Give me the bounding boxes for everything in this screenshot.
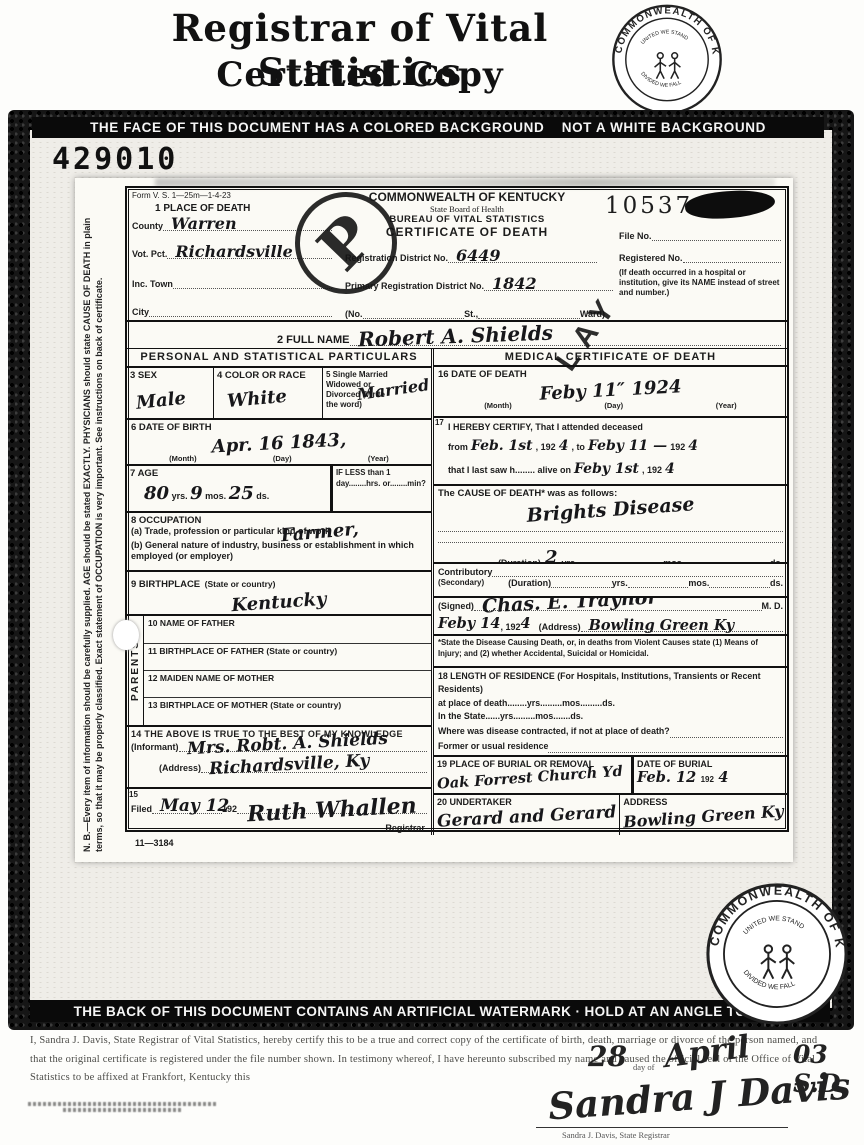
registration-district-line: 6449: [448, 252, 597, 263]
certify-to-label: , to: [571, 442, 585, 452]
duration2-line3: [709, 577, 770, 588]
color-race-value: White: [226, 383, 319, 412]
certificate-paper: N. B.—Every item of information should b…: [75, 178, 793, 862]
certification-day-value: 28: [588, 1040, 627, 1073]
street-no-label: (No.: [345, 309, 363, 319]
kentucky-state-seal-bottom-icon: COMMONWEALTH OF KENTUCKY UNITED WE STAND…: [698, 880, 856, 1028]
document-subtitle: Certified Copy: [160, 55, 560, 95]
age-label: 7 AGE: [130, 468, 327, 479]
field-17-number: 17: [435, 418, 444, 428]
ds-label: ds.: [256, 491, 269, 501]
full-name-value: Robert A. Shields: [357, 321, 553, 352]
physician-address-line: Bowling Green Ky: [581, 621, 783, 632]
certificate-form: Form V. S. 1—25m—1-4-23 1 PLACE OF DEATH…: [125, 186, 789, 832]
certify-192c: , 192: [642, 465, 662, 475]
certify-year2: 4: [685, 438, 701, 454]
burial-date-value: Feb. 12: [637, 769, 696, 786]
field-15-number: 15: [129, 790, 138, 800]
file-no-line: [652, 230, 781, 241]
contracted-label: Where was disease contracted, if not at …: [438, 725, 670, 738]
filed-section: 15 Filed May 12 192 Ruth Whallen Registr…: [127, 789, 431, 835]
age-years-value: 80: [144, 483, 169, 504]
hospital-note: (If death occurred in a hospital or inst…: [619, 268, 781, 298]
signed-date-value: Feby 14: [438, 615, 501, 632]
sex-color-marital-row: 3 SEX Male 4 COLOR OR RACE White 5 Singl…: [127, 368, 431, 420]
informant-label: (Informant): [131, 742, 179, 752]
birthplace-label: 9 BIRTHPLACE: [131, 579, 200, 590]
duration-years-value: 2: [545, 547, 558, 565]
burial-date-label: DATE OF BURIAL: [637, 759, 784, 769]
informant-address-line: Richardsville, Ky: [201, 762, 427, 773]
form-footer-number: 11—3184: [135, 838, 174, 848]
place-of-death-title: 1 PLACE OF DEATH: [155, 203, 250, 214]
parents-section: PARENTS 10 NAME OF FATHER 11 BIRTHPLACE …: [127, 616, 431, 726]
day-of-label: day of: [633, 1062, 654, 1072]
serial-number: 429010: [52, 142, 178, 177]
year-caption: (Year): [368, 454, 389, 463]
contracted-line: [670, 727, 783, 738]
filed-date-value: May 12: [160, 796, 229, 816]
certify-from-label: from: [448, 442, 468, 452]
yrs-label: yrs.: [172, 491, 188, 501]
residence-label: 18 LENGTH OF RESIDENCE (For Hospitals, I…: [438, 670, 783, 696]
if-less-box: IF LESS than 1 day........hrs. or.......…: [331, 466, 431, 510]
burial-year-prefix: 192: [701, 775, 714, 784]
dod-year-caption: (Year): [716, 401, 737, 410]
form-number: Form V. S. 1—25m—1-4-23: [132, 191, 231, 200]
certificate-number-stamp: 10537: [605, 193, 693, 219]
secondary-label: (Secondary): [438, 578, 484, 588]
face-banner: THE FACE OF THIS DOCUMENT HAS A COLORED …: [32, 117, 824, 138]
scanned-death-certificate-page: Registrar of Vital Statistics Certified …: [0, 0, 864, 1145]
primary-registration-value: 1842: [492, 274, 537, 293]
duration-line2: [684, 557, 770, 565]
signed-line: Chas. E. Traynor: [474, 600, 762, 611]
signed-year: 4: [521, 615, 531, 632]
father-birthplace-field: 11 BIRTHPLACE OF FATHER (State or countr…: [144, 644, 431, 671]
medical-title: MEDICAL CERTIFICATE OF DEATH: [434, 349, 787, 367]
signature-line: [536, 1127, 788, 1128]
registrar-caption: Registrar: [385, 823, 425, 833]
age-section: 7 AGE 80 yrs. 9 mos. 25 ds. I: [127, 466, 431, 512]
certify-line1: I HEREBY CERTIFY, That I attended deceas…: [448, 422, 643, 432]
street-label: St.,: [464, 309, 478, 319]
margin-instruction-note: N. B.—Every item of information should b…: [81, 204, 121, 852]
primary-registration-line: 1842: [484, 280, 613, 291]
redaction-mark: [684, 187, 776, 222]
street-line: [478, 308, 580, 319]
certify-alive-value: Feby 1st: [571, 461, 642, 477]
personal-title: PERSONAL AND STATISTICAL PARTICULARS: [127, 349, 431, 368]
duration-label: (Duration): [498, 558, 541, 565]
certify-192b: 192: [670, 442, 685, 452]
undertaker-section: 20 UNDERTAKER Gerard and Gerard ADDRESS …: [434, 795, 787, 835]
illegible-small-print: [28, 1100, 218, 1114]
voting-precinct-value: Richardsville: [175, 242, 292, 261]
inc-town-label: Inc. Town: [132, 279, 173, 289]
sex-value: Male: [135, 385, 211, 414]
hole-punch: [113, 620, 139, 650]
city-line: [149, 306, 332, 317]
certify-section: 17 I HEREBY CERTIFY, That I attended dec…: [434, 418, 787, 485]
mother-maiden-name-field: 12 MAIDEN NAME OF MOTHER: [144, 671, 431, 698]
certify-year3: 4: [662, 461, 678, 477]
cause-of-death-section: The CAUSE OF DEATH* was as follows: Brig…: [434, 486, 787, 565]
informant-line: Mrs. Robt. A. Shields: [179, 741, 427, 752]
date-of-death-section: 16 DATE OF DEATH Feby 11″ 1924 (Month) (…: [434, 367, 787, 418]
city-label: City: [132, 307, 149, 317]
contributory-section: Contributory (Secondary) (Duration) yrs.…: [434, 564, 787, 598]
registrar-signature: Ruth Whallen: [246, 792, 417, 827]
street-no-line: [363, 308, 465, 319]
duration-ds: ds.: [770, 558, 783, 565]
mos-label: mos.: [205, 491, 226, 501]
father-name-field: 10 NAME OF FATHER: [144, 616, 431, 643]
age-months-value: 9: [190, 483, 203, 504]
physician-address-value: Bowling Green Ky: [589, 617, 735, 634]
duration2-ds: ds.: [770, 578, 783, 588]
registered-no-label: Registered No.: [619, 253, 683, 263]
inc-town-line: [173, 278, 332, 289]
certify-from-value: Feb. 1st: [468, 438, 536, 454]
personal-column: PERSONAL AND STATISTICAL PARTICULARS 3 S…: [127, 349, 434, 835]
voting-precinct-label: Vot. Pct.: [132, 249, 167, 259]
informant-section: 14 THE ABOVE IS TRUE TO THE BEST OF MY K…: [127, 727, 431, 789]
contributory-line: [492, 566, 783, 577]
registration-district-value: 6449: [456, 246, 501, 265]
day-caption: (Day): [273, 454, 292, 463]
signature-caption: Sandra J. Davis, State Registrar: [562, 1130, 670, 1140]
cause-footnote: *State the Disease Causing Death, or, in…: [434, 636, 787, 668]
dod-day-caption: (Day): [604, 401, 623, 410]
physician-address-label: (Address): [539, 622, 581, 632]
residence-section: 18 LENGTH OF RESIDENCE (For Hospitals, I…: [434, 668, 787, 756]
certify-year1: 4: [556, 438, 572, 454]
cause-blank-line2: [438, 532, 783, 543]
p-stamp-letter: P: [308, 205, 385, 282]
occupation-section: 8 OCCUPATION (a) Trade, profession or pa…: [127, 513, 431, 572]
county-label: County: [132, 221, 163, 231]
filed-date-line: May 12: [152, 803, 222, 814]
birthplace-section: 9 BIRTHPLACE (State or country) Kentucky: [127, 572, 431, 616]
commonwealth-line: COMMONWEALTH OF KENTUCKY: [342, 190, 592, 204]
signed-section: (Signed) Chas. E. Traynor M. D. Feby 14 …: [434, 598, 787, 637]
duration-line1: [577, 557, 663, 565]
duration2-line2: [628, 577, 689, 588]
full-name-row: 2 FULL NAME Robert A. Shields: [127, 322, 787, 348]
kentucky-state-seal-icon: COMMONWEALTH OF KENTUCKY UNITED WE STAND…: [602, 2, 732, 117]
age-days-value: 25: [229, 483, 254, 504]
form-header: Form V. S. 1—25m—1-4-23 1 PLACE OF DEATH…: [127, 188, 787, 322]
md-label: M. D.: [762, 601, 784, 611]
signed-192: , 192: [500, 622, 520, 632]
certify-192a: , 192: [536, 442, 556, 452]
registered-no-line: [683, 252, 781, 263]
duration2-label: (Duration): [508, 578, 551, 588]
signed-label: (Signed): [438, 601, 474, 611]
burial-year-value: 4: [718, 769, 728, 786]
certify-lastsaw-label: that I last saw h........ alive on: [448, 465, 571, 475]
residence-in-state: In the State......yrs.........mos.......…: [438, 710, 783, 723]
full-name-label: 2 FULL NAME: [277, 334, 350, 346]
duration-yrs: yrs.: [561, 558, 577, 565]
contributory-label: Contributory: [438, 567, 493, 577]
former-residence-label: Former or usual residence: [438, 740, 549, 753]
mother-birthplace-field: 13 BIRTHPLACE OF MOTHER (State or countr…: [144, 698, 431, 724]
occupation-label: 8 OCCUPATION: [131, 515, 427, 526]
form-columns: PERSONAL AND STATISTICAL PARTICULARS 3 S…: [127, 348, 787, 835]
occupation-b-label: (b) General nature of industry, business…: [131, 540, 427, 563]
burial-section: 19 PLACE OF BURIAL OR REMOVAL Oak Forres…: [434, 757, 787, 795]
informant-address-label: (Address): [159, 763, 201, 773]
residence-at-place: at place of death........yrs.........mos…: [438, 697, 783, 710]
certify-to-value: Feby 11 —: [585, 438, 670, 454]
former-residence-line: [548, 742, 783, 753]
duration2-line1: [551, 577, 612, 588]
duration2-mos: mos.: [688, 578, 709, 588]
duration-mos: mos.: [663, 558, 684, 565]
sex-label: 3 SEX: [130, 370, 210, 381]
duration2-yrs: yrs.: [612, 578, 628, 588]
date-of-birth-section: 6 DATE OF BIRTH Apr. 16 1843, (Month) (D…: [127, 420, 431, 466]
county-value: Warren: [171, 214, 237, 233]
medical-column: MEDICAL CERTIFICATE OF DEATH 16 DATE OF …: [434, 349, 787, 835]
filed-label: Filed: [131, 804, 152, 814]
birthplace-sub-label: (State or country): [205, 579, 276, 589]
color-race-label: 4 COLOR OR RACE: [217, 370, 319, 381]
file-no-label: File No.: [619, 231, 652, 241]
